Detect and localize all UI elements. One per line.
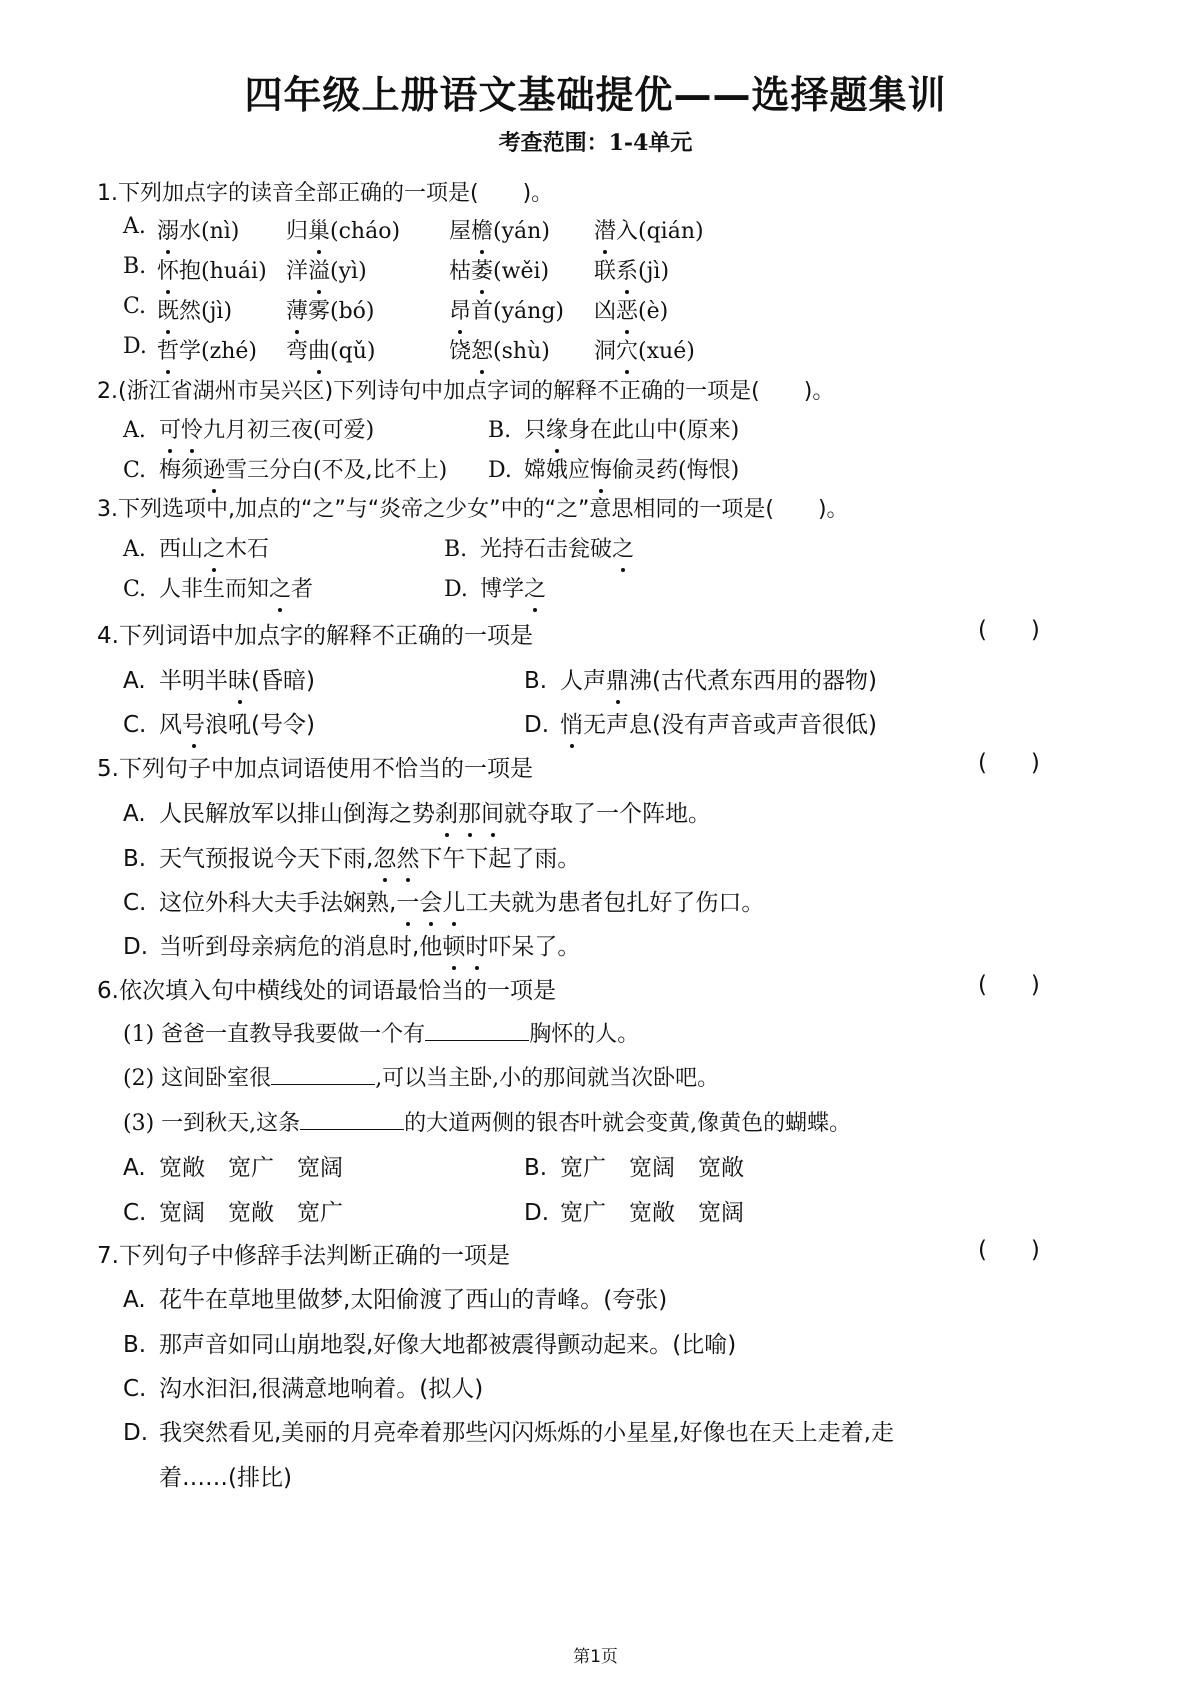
emphasis-dot-char: 怜 [181,413,203,444]
question-3-option-d: D.博学之 [444,572,546,603]
answer-blank[interactable]: ( ) [978,1237,1040,1263]
question-7-stem: 7.下列句子中修辞手法判断正确的一项是 [97,1237,510,1270]
question-4-option-b: B.人声鼎沸(古代煮东西用的器物) [524,662,877,695]
option-label: D. [123,334,147,359]
question-2-option-a: A.可怜九月初三夜(可爱) [123,413,374,444]
question-4-option-d: D.悄无声息(没有声音或声音很低) [524,706,877,739]
question-6-option-b: B.宽广 宽阔 宽敞 [524,1149,744,1182]
option-label: A. [123,214,146,239]
question-3-stem: 3.下列选项中,加点的“之”与“炎帝之少女”中的“之”意思相同的一项是( )。 [97,492,849,523]
answer-blank[interactable]: ( ) [978,750,1040,776]
page-subtitle: 考查范围：1-4单元 [0,126,1191,157]
option-item: 凶恶(è) [594,294,668,325]
question-6-sentence-3: (3) 一到秋天,这条的大道两侧的银杏叶就会变黄,像黄色的蝴蝶。 [123,1106,851,1137]
question-4-option-a: A.半明半昧(昏暗) [123,662,315,695]
emphasis-dot-char: 刹 [435,795,458,828]
question-7-option-b: B.那声音如同山崩地裂,好像大地都被震得颤动起来。(比喻) [123,1326,736,1359]
option-item: 昂首(yáng) [449,294,564,325]
emphasis-dot-char: 儿 [442,884,465,917]
option-item: 饶恕(shù) [449,334,550,365]
emphasis-dot-char: 然 [396,840,419,873]
question-6-option-c: C.宽阔 宽敞 宽广 [123,1194,343,1227]
emphasis-dot-char: 一 [396,884,419,917]
option-item: 弯曲(qǔ) [286,334,375,365]
question-6-sentence-1: (1) 爸爸一直教导我要做一个有胸怀的人。 [123,1017,639,1048]
question-3-option-c: C.人非生而知之者 [123,572,313,603]
option-item: 溺水(nì) [157,214,239,245]
option-item: 洞穴(xué) [594,334,695,365]
question-5-option-a: A.人民解放军以排山倒海之势刹那间就夺取了一个阵地。 [123,795,711,828]
question-5-option-b: B.天气预报说今天下雨,忽然下午下起了雨。 [123,840,580,873]
option-item: 联系(jì) [594,254,669,285]
page-title: 四年级上册语文基础提优——选择题集训 [0,64,1191,119]
question-5-option-c: C.这位外科大夫手法娴熟,一会儿工夫就为患者包扎好了伤口。 [123,884,764,917]
question-6-stem: 6.依次填入句中横线处的词语最恰当的一项是 [97,972,556,1005]
question-2-option-d: D.嫦娥应悔偷灵药(悔恨) [488,453,739,484]
fill-blank[interactable] [425,1018,529,1041]
question-1-stem: 1.下列加点字的读音全部正确的一项是( )。 [97,176,553,207]
question-6-option-d: D.宽广 宽敞 宽阔 [524,1194,744,1227]
emphasis-dot-char: 顿 [442,928,465,961]
option-item: 潜入(qián) [594,214,704,245]
option-label: B. [123,254,146,279]
emphasis-dot-char: 可 [159,413,181,444]
question-6-option-a: A.宽敞 宽广 宽阔 [123,1149,343,1182]
fill-blank[interactable] [300,1107,404,1130]
question-2-option-b: B.只缘身在此山中(原来) [488,413,739,444]
option-label: C. [123,294,146,319]
emphasis-dot-char: 间 [481,795,504,828]
page-number: 第1页 [0,1642,1191,1667]
option-item: 怀抱(huái) [157,254,267,285]
question-5-option-d: D.当听到母亲病危的消息时,他顿时吓呆了。 [123,928,580,961]
question-7-option-a: A.花牛在草地里做梦,太阳偷渡了西山的青峰。(夸张) [123,1281,667,1314]
question-4-option-c: C.风号浪吼(号令) [123,706,315,739]
answer-blank[interactable]: ( ) [978,972,1040,998]
question-3-option-b: B.光持石击瓮破之 [444,532,634,563]
option-item: 薄雾(bó) [286,294,375,325]
question-6-sentence-2: (2) 这间卧室很,可以当主卧,小的那间就当次卧吧。 [123,1061,719,1092]
emphasis-dot-char: 忽 [373,840,396,873]
question-5-stem: 5.下列句子中加点词语使用不恰当的一项是 [97,750,533,783]
option-item: 枯萎(wěi) [449,254,549,285]
option-item: 洋溢(yì) [286,254,367,285]
question-2-stem: 2.(浙江省湖州市吴兴区)下列诗句中加点字词的解释不正确的一项是( )。 [97,374,834,405]
option-item: 屋檐(yán) [449,214,550,245]
answer-blank[interactable]: ( ) [978,617,1040,643]
question-4-stem: 4.下列词语中加点字的解释不正确的一项是 [97,617,533,650]
question-7-option-d: D.我突然看见,美丽的月亮牵着那些闪闪烁烁的小星星,好像也在天上走着,走 [123,1414,894,1447]
emphasis-dot-char: 会 [419,884,442,917]
emphasis-dot-char: 那 [458,795,481,828]
option-item: 哲学(zhé) [157,334,257,365]
emphasis-dot-char: 时 [465,928,488,961]
question-3-option-a: A.西山之木石 [123,532,269,563]
question-7-option-c: C.沟水汩汩,很满意地响着。(拟人) [123,1370,483,1403]
question-7-option-d-continuation: 着……(排比) [159,1459,292,1492]
fill-blank[interactable] [271,1062,375,1085]
option-item: 既然(jì) [157,294,232,325]
question-2-option-c: C.梅须逊雪三分白(不及,比不上) [123,453,447,484]
option-item: 归巢(cháo) [286,214,400,245]
